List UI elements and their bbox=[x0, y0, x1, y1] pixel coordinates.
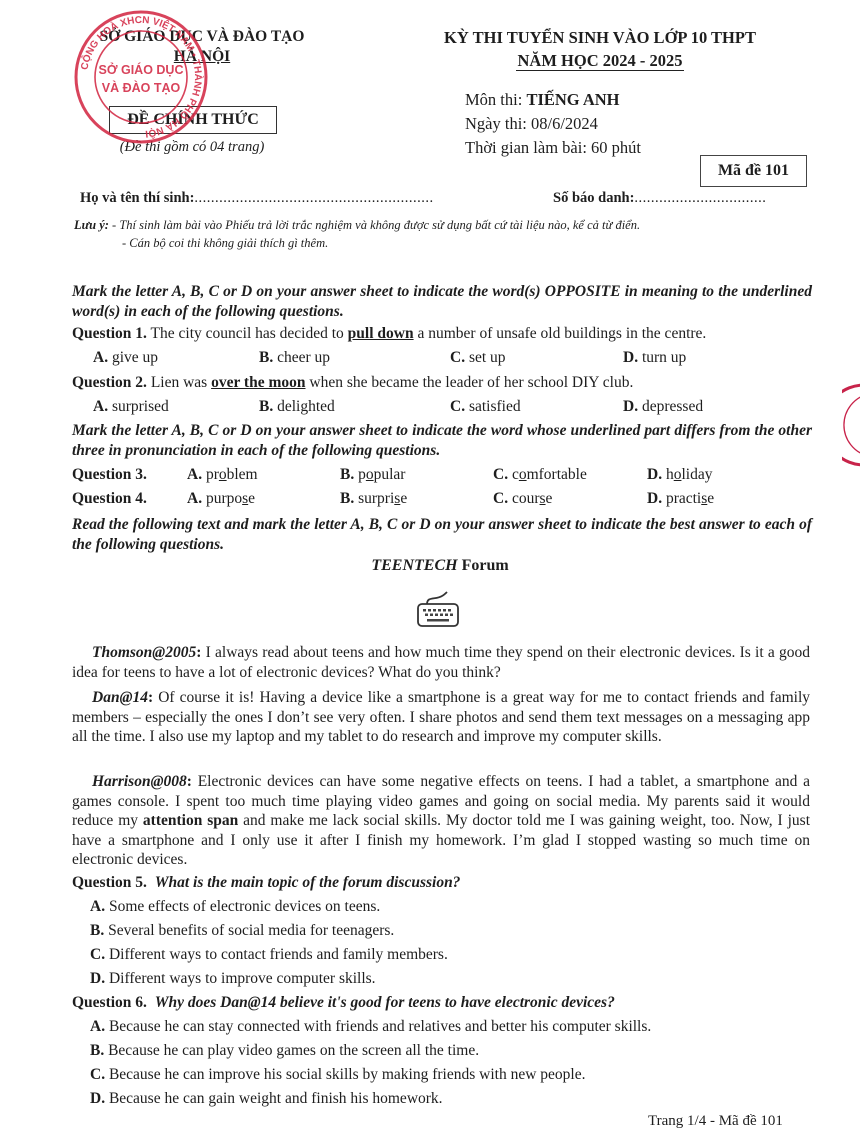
q6-option-d[interactable]: D. Because he can gain weight and finish… bbox=[90, 1090, 443, 1108]
q5-option-c[interactable]: C. Different ways to contact friends and… bbox=[90, 946, 448, 964]
q1-option-d[interactable]: D. turn up bbox=[623, 349, 686, 367]
exam-title: KỲ THI TUYỂN SINH VÀO LỚP 10 THPT bbox=[370, 28, 830, 48]
q5-option-b[interactable]: B. Several benefits of social media for … bbox=[90, 922, 394, 940]
q6-option-c[interactable]: C. Because he can improve his social ski… bbox=[90, 1066, 585, 1084]
section1-instruction: Mark the letter A, B, C or D on your ans… bbox=[72, 282, 812, 322]
q6-option-b[interactable]: B. Because he can play video games on th… bbox=[90, 1042, 479, 1060]
q4-option-d[interactable]: D. practise bbox=[647, 490, 714, 508]
q4-option-b[interactable]: B. surprise bbox=[340, 490, 407, 508]
q3-option-c[interactable]: C. comfortable bbox=[493, 466, 587, 484]
q6-option-a[interactable]: A. Because he can stay connected with fr… bbox=[90, 1018, 651, 1036]
candidate-name-field: Họ và tên thí sinh:.....................… bbox=[80, 190, 434, 207]
exam-note-line2: - Cán bộ coi thi không giải thích gì thê… bbox=[122, 236, 328, 251]
q2-option-c[interactable]: C. satisfied bbox=[450, 398, 521, 416]
q1-option-b[interactable]: B. cheer up bbox=[259, 349, 330, 367]
exam-code-box: Mã đề 101 bbox=[700, 155, 807, 187]
exam-date: Ngày thi: 08/6/2024 bbox=[465, 114, 598, 134]
question-1: Question 1. The city council has decided… bbox=[72, 325, 706, 343]
question-4-label: Question 4. bbox=[72, 490, 147, 508]
q4-option-c[interactable]: C. course bbox=[493, 490, 552, 508]
q4-option-a[interactable]: A. purpose bbox=[187, 490, 255, 508]
q1-option-c[interactable]: C. set up bbox=[450, 349, 506, 367]
question-2: Question 2. Lien was over the moon when … bbox=[72, 374, 633, 392]
exam-subject: Môn thi: TIẾNG ANH bbox=[465, 90, 620, 110]
q2-option-d[interactable]: D. depressed bbox=[623, 398, 703, 416]
question-3-label: Question 3. bbox=[72, 466, 147, 484]
exam-note: Lưu ý: - Thí sinh làm bài vào Phiếu trả … bbox=[74, 218, 640, 233]
forum-post-thomson: Thomson@2005: I always read about teens … bbox=[72, 643, 810, 682]
question-6: Question 6. Why does Dan@14 believe it's… bbox=[72, 994, 615, 1012]
department-city: HÀ NỘI bbox=[82, 48, 322, 66]
edge-stamp-fragment bbox=[842, 380, 860, 470]
keyboard-icon bbox=[414, 590, 462, 630]
section3-instruction: Read the following text and mark the let… bbox=[72, 515, 812, 555]
q2-option-a[interactable]: A. surprised bbox=[93, 398, 169, 416]
page-footer: Trang 1/4 - Mã đề 101 bbox=[648, 1113, 783, 1130]
svg-text:VÀ ĐÀO TẠO: VÀ ĐÀO TẠO bbox=[102, 80, 181, 95]
question-5: Question 5. What is the main topic of th… bbox=[72, 874, 460, 892]
q3-option-b[interactable]: B. popular bbox=[340, 466, 405, 484]
forum-post-harrison: Harrison@008: Electronic devices can hav… bbox=[72, 772, 810, 870]
exam-duration: Thời gian làm bài: 60 phút bbox=[465, 138, 641, 158]
q5-option-a[interactable]: A. Some effects of electronic devices on… bbox=[90, 898, 380, 916]
department-name: SỞ GIÁO DỤC VÀ ĐÀO TẠO bbox=[82, 28, 322, 46]
official-exam-label: ĐỀ CHÍNH THỨC bbox=[109, 106, 277, 134]
candidate-number-field: Số báo danh:............................… bbox=[553, 190, 766, 207]
school-year: NĂM HỌC 2024 - 2025 bbox=[370, 51, 830, 71]
forum-title: TEENTECH Forum bbox=[330, 557, 550, 575]
forum-post-dan: Dan@14: Of course it is! Having a device… bbox=[72, 688, 810, 747]
page-count-note: (Đề thi gồm có 04 trang) bbox=[82, 139, 302, 156]
section2-instruction: Mark the letter A, B, C or D on your ans… bbox=[72, 421, 812, 461]
q3-option-a[interactable]: A. problem bbox=[187, 466, 258, 484]
q5-option-d[interactable]: D. Different ways to improve computer sk… bbox=[90, 970, 376, 988]
q2-option-b[interactable]: B. delighted bbox=[259, 398, 335, 416]
q3-option-d[interactable]: D. holiday bbox=[647, 466, 712, 484]
q1-option-a[interactable]: A. give up bbox=[93, 349, 158, 367]
